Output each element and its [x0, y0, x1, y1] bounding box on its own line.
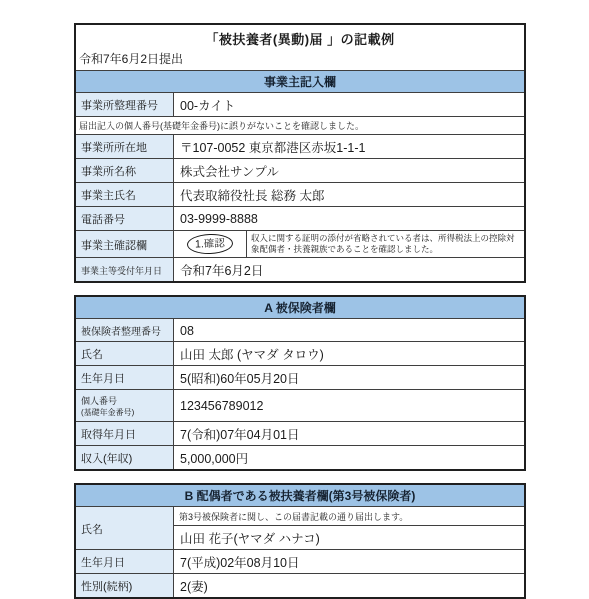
income-value: 5,000,000円: [174, 446, 524, 469]
spouse-section-table: B 配偶者である被扶養者欄(第3号被保険者) 氏名 第3号被保険者に関し、この届…: [74, 483, 526, 599]
office-name-label: 事業所名称: [76, 159, 174, 182]
acquisition-date-label: 取得年月日: [76, 422, 174, 445]
spouse-declaration-note: 第3号被保険者に関し、この届書記載の通り届出します。: [174, 507, 524, 526]
phone-label: 電話番号: [76, 207, 174, 230]
insured-number-value: 08: [174, 319, 524, 341]
insured-section-title: A 被保険者欄: [264, 299, 336, 316]
office-number-label: 事業所整理番号: [76, 93, 174, 116]
personal-number-label-line2: (基礎年金番号): [81, 407, 169, 418]
submission-date-row: 令和7年6月2日提出: [76, 49, 524, 70]
spouse-gender-label: 性別(続柄): [76, 574, 174, 597]
spouse-name-label: 氏名: [76, 507, 174, 549]
phone-value: 03-9999-8888: [174, 207, 524, 230]
insured-birth-date-label: 生年月日: [76, 366, 174, 389]
personal-number-value: 123456789012: [174, 390, 524, 421]
spouse-gender-row: 性別(続柄) 2(妻): [76, 573, 524, 597]
employer-confirmation-label: 事業主確認欄: [76, 231, 174, 257]
form-example-document: 「被扶養者(異動)届 」の記載例 令和7年6月2日提出 事業主記入欄 事業所整理…: [74, 23, 526, 599]
insured-name-value: 山田 太郎 (ヤマダ タロウ): [174, 342, 524, 365]
office-address-value: 〒107-0052 東京都港区赤坂1-1-1: [174, 135, 524, 158]
insured-name-label: 氏名: [76, 342, 174, 365]
insured-birth-date-value: 5(昭和)60年05月20日: [174, 366, 524, 389]
document-title-row: 「被扶養者(異動)届 」の記載例: [76, 25, 524, 49]
office-address-row: 事業所所在地 〒107-0052 東京都港区赤坂1-1-1: [76, 134, 524, 158]
employer-section-title: 事業主記入欄: [264, 73, 336, 90]
office-address-label: 事業所所在地: [76, 135, 174, 158]
confirmation-note: 収入に関する証明の添付が省略されている者は、所得税法上の控除対象配偶者・扶養親族…: [246, 231, 524, 257]
insured-name-row: 氏名 山田 太郎 (ヤマダ タロウ): [76, 341, 524, 365]
personal-number-notice: 届出記入の個人番号(基礎年金番号)に誤りがないことを確認しました。: [79, 119, 364, 132]
income-row: 収入(年収) 5,000,000円: [76, 445, 524, 469]
receipt-date-label: 事業主等受付年月日: [76, 258, 174, 281]
employer-confirmation-value: 1.確認 収入に関する証明の添付が省略されている者は、所得税法上の控除対象配偶者…: [174, 231, 524, 257]
receipt-date-value: 令和7年6月2日: [174, 258, 524, 281]
income-label: 収入(年収): [76, 446, 174, 469]
document-title: 「被扶養者(異動)届 」の記載例: [205, 29, 394, 48]
owner-name-value: 代表取締役社長 総務 太郎: [174, 183, 524, 206]
submission-date: 令和7年6月2日提出: [79, 50, 183, 67]
office-number-row: 事業所整理番号 00-カイト: [76, 92, 524, 116]
employer-section-header: 事業主記入欄: [76, 70, 524, 92]
confirmation-circle-wrap: 1.確認: [174, 231, 246, 257]
insured-section-header: A 被保険者欄: [76, 297, 524, 318]
office-name-row: 事業所名称 株式会社サンプル: [76, 158, 524, 182]
insured-section-table: A 被保険者欄 被保険者整理番号 08 氏名 山田 太郎 (ヤマダ タロウ) 生…: [74, 295, 526, 471]
employer-confirmation-row: 事業主確認欄 1.確認 収入に関する証明の添付が省略されている者は、所得税法上の…: [76, 230, 524, 257]
acquisition-date-value: 7(令和)07年04月01日: [174, 422, 524, 445]
owner-name-row: 事業主氏名 代表取締役社長 総務 太郎: [76, 182, 524, 206]
spouse-name-value-cell: 第3号被保険者に関し、この届書記載の通り届出します。 山田 花子(ヤマダ ハナコ…: [174, 507, 524, 549]
spouse-name-value: 山田 花子(ヤマダ ハナコ): [174, 526, 524, 549]
office-number-value: 00-カイト: [174, 93, 524, 116]
spouse-birth-date-label: 生年月日: [76, 550, 174, 573]
spouse-gender-value: 2(妻): [174, 574, 524, 597]
acquisition-date-row: 取得年月日 7(令和)07年04月01日: [76, 421, 524, 445]
spouse-name-row: 氏名 第3号被保険者に関し、この届書記載の通り届出します。 山田 花子(ヤマダ …: [76, 506, 524, 549]
spouse-section-title: B 配偶者である被扶養者欄(第3号被保険者): [185, 487, 416, 504]
personal-number-label-line1: 個人番号: [81, 394, 169, 407]
spouse-section-header: B 配偶者である被扶養者欄(第3号被保険者): [76, 485, 524, 506]
insured-number-label: 被保険者整理番号: [76, 319, 174, 341]
owner-name-label: 事業主氏名: [76, 183, 174, 206]
personal-number-notice-row: 届出記入の個人番号(基礎年金番号)に誤りがないことを確認しました。: [76, 116, 524, 134]
employer-section-table: 「被扶養者(異動)届 」の記載例 令和7年6月2日提出 事業主記入欄 事業所整理…: [74, 23, 526, 283]
spouse-birth-date-value: 7(平成)02年08月10日: [174, 550, 524, 573]
personal-number-row: 個人番号 (基礎年金番号) 123456789012: [76, 389, 524, 421]
insured-birth-date-row: 生年月日 5(昭和)60年05月20日: [76, 365, 524, 389]
personal-number-label: 個人番号 (基礎年金番号): [76, 390, 174, 421]
insured-number-row: 被保険者整理番号 08: [76, 318, 524, 341]
receipt-date-row: 事業主等受付年月日 令和7年6月2日: [76, 257, 524, 281]
confirmation-circled-mark: 1.確認: [187, 233, 233, 255]
phone-row: 電話番号 03-9999-8888: [76, 206, 524, 230]
office-name-value: 株式会社サンプル: [174, 159, 524, 182]
spouse-birth-date-row: 生年月日 7(平成)02年08月10日: [76, 549, 524, 573]
